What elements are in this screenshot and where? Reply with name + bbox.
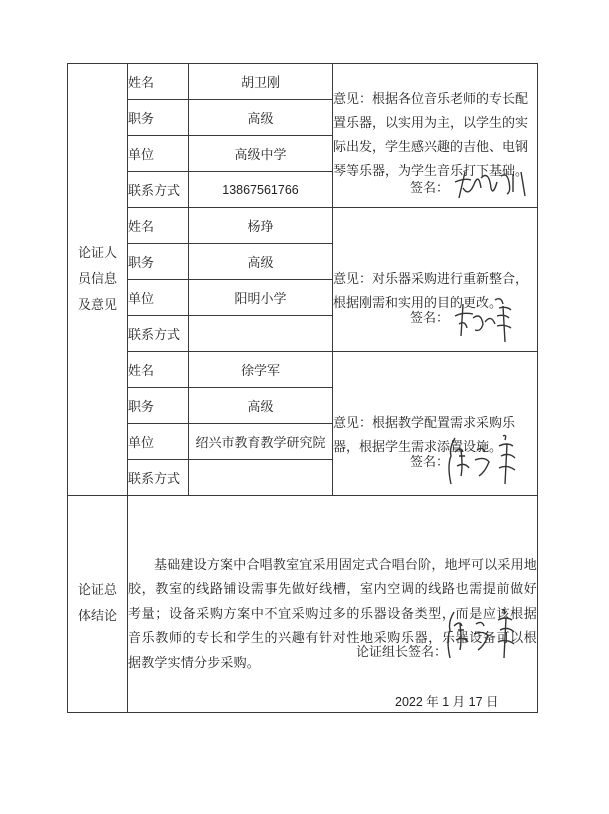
reviewer-contact: 13867561766 xyxy=(189,172,333,208)
name-label: 姓名 xyxy=(128,208,189,244)
conclusion-cell: 基础建设方案中合唱教室宜采用固定式合唱台阶，地坪可以采用地胶，教室的线路铺设需事… xyxy=(128,496,538,713)
unit-label: 单位 xyxy=(128,136,189,172)
contact-label: 联系方式 xyxy=(128,316,189,352)
section-label-line: 论证人 xyxy=(68,241,127,267)
sign-label: 签名： xyxy=(410,177,449,201)
reviewer-1-opinion-cell: 意见：根据各位音乐老师的专长配置乐器，以实用为主，以学生的实际出发，学生感兴趣的… xyxy=(333,64,538,208)
unit-label: 单位 xyxy=(128,424,189,460)
section-label-line: 论证总 xyxy=(68,578,127,604)
sign-label: 签名： xyxy=(410,451,449,475)
reviewer-title: 高级 xyxy=(189,100,333,136)
title-label: 职务 xyxy=(128,244,189,280)
section-label-line: 及意见 xyxy=(68,293,127,319)
reviewer-unit: 绍兴市教育教学研究院 xyxy=(189,424,333,460)
title-label: 职务 xyxy=(128,100,189,136)
contact-label: 联系方式 xyxy=(128,460,189,496)
reviewers-section-label: 论证人 员信息 及意见 xyxy=(68,64,128,496)
name-label: 姓名 xyxy=(128,352,189,388)
signature-icon xyxy=(451,168,531,204)
reviewer-unit: 高级中学 xyxy=(189,136,333,172)
reviewer-1-name-row: 论证人 员信息 及意见 姓名 胡卫刚 意见：根据各位音乐老师的专长配置乐器，以实… xyxy=(68,64,538,100)
unit-label: 单位 xyxy=(128,280,189,316)
review-form-table: 论证人 员信息 及意见 姓名 胡卫刚 意见：根据各位音乐老师的专长配置乐器，以实… xyxy=(67,63,538,713)
conclusion-section-label: 论证总 体结论 xyxy=(68,496,128,713)
reviewer-3-opinion-cell: 意见：根据教学配置需求采购乐器，根据学生需求添置设施。 签名： xyxy=(333,352,538,496)
reviewer-unit: 阳明小学 xyxy=(189,280,333,316)
leader-sign-label: 论证组长签名： xyxy=(356,641,447,660)
signature-icon xyxy=(445,432,529,488)
signature-icon xyxy=(451,294,521,344)
conclusion-date: 2022 年 1 月 17 日 xyxy=(395,692,499,710)
contact-label: 联系方式 xyxy=(128,172,189,208)
reviewer-2-opinion-cell: 意见：对乐器采购进行重新整合，根据刚需和实用的目的更改。 签名： xyxy=(333,208,538,352)
sign-label: 签名： xyxy=(410,307,449,331)
reviewer-3-name-row: 姓名 徐学军 意见：根据教学配置需求采购乐器，根据学生需求添置设施。 签名： xyxy=(68,352,538,388)
title-label: 职务 xyxy=(128,388,189,424)
conclusion-row: 论证总 体结论 基础建设方案中合唱教室宜采用固定式合唱台阶，地坪可以采用地胶，教… xyxy=(68,496,538,713)
reviewer-title: 高级 xyxy=(189,244,333,280)
reviewer-name: 胡卫刚 xyxy=(189,64,333,100)
reviewer-contact xyxy=(189,316,333,352)
reviewer-name: 徐学军 xyxy=(189,352,333,388)
name-label: 姓名 xyxy=(128,64,189,100)
reviewer-contact xyxy=(189,460,333,496)
reviewer-name: 杨琤 xyxy=(189,208,333,244)
leader-signature-icon xyxy=(444,606,528,662)
section-label-line: 体结论 xyxy=(68,604,127,630)
reviewer-2-name-row: 姓名 杨琤 意见：对乐器采购进行重新整合，根据刚需和实用的目的更改。 签名： xyxy=(68,208,538,244)
section-label-line: 员信息 xyxy=(68,267,127,293)
reviewer-title: 高级 xyxy=(189,388,333,424)
